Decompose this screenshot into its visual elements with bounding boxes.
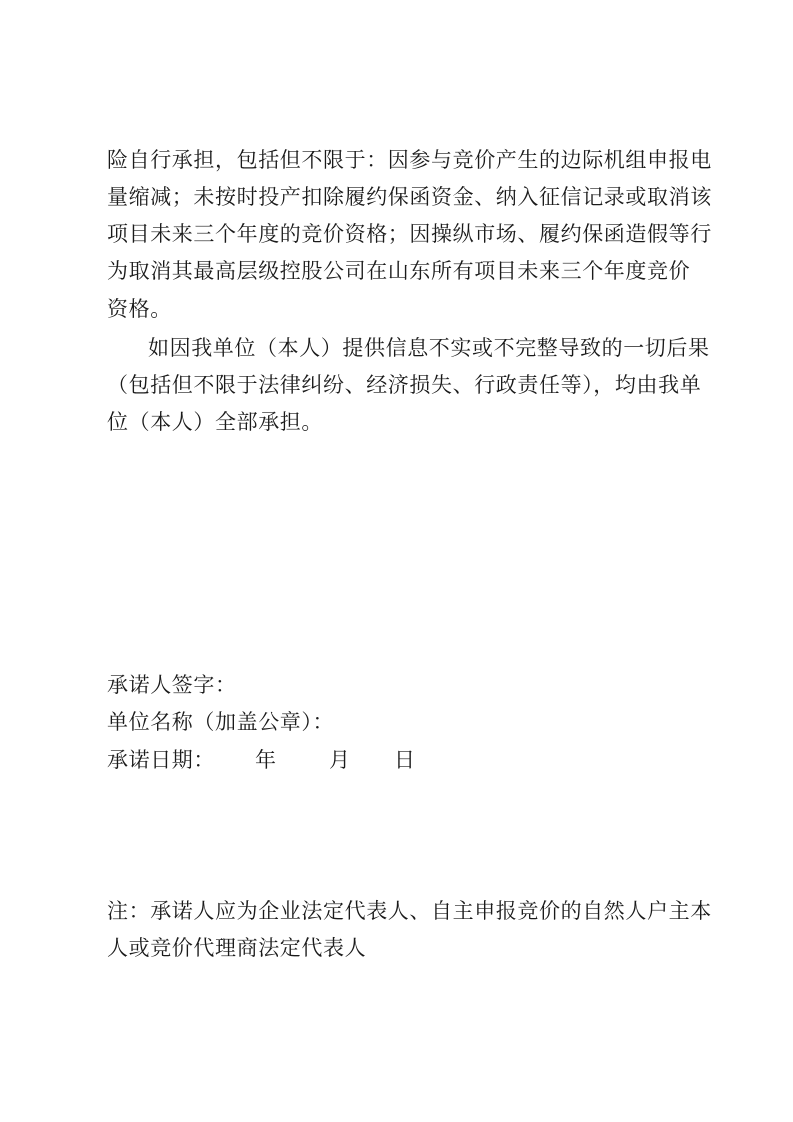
paragraph-line: 量缩减；未按时投产扣除履约保函资金、纳入征信记录或取消该	[107, 183, 707, 211]
signer-label: 承诺人签字：	[107, 671, 707, 699]
unit-name-label: 单位名称（加盖公章）：	[107, 708, 707, 736]
paragraph-line: 为取消其最高层级控股公司在山东所有项目未来三个年度竞价	[107, 257, 707, 285]
document-page: 险自行承担，包括但不限于：因参与竞价产生的边际机组申报电 量缩减；未按时投产扣除…	[0, 0, 793, 1122]
paragraph-line: 险自行承担，包括但不限于：因参与竞价产生的边际机组申报电	[107, 146, 707, 174]
paragraph-line: 如因我单位（本人）提供信息不实或不完整导致的一切后果	[148, 334, 748, 362]
paragraph-line: （包括但不限于法律纠纷、经济损失、行政责任等），均由我单	[107, 371, 707, 399]
month-label: 月	[329, 746, 350, 774]
paragraph-line: 项目未来三个年度的竞价资格；因操纵市场、履约保函造假等行	[107, 220, 707, 248]
paragraph-line: 资格。	[107, 295, 707, 323]
year-label: 年	[255, 746, 276, 774]
note-line: 注：承诺人应为企业法定代表人、自主申报竞价的自然人户主本	[107, 897, 707, 925]
paragraph-line: 位（本人）全部承担。	[107, 408, 707, 436]
note-line: 人或竞价代理商法定代表人	[107, 934, 707, 962]
day-label: 日	[394, 746, 415, 774]
